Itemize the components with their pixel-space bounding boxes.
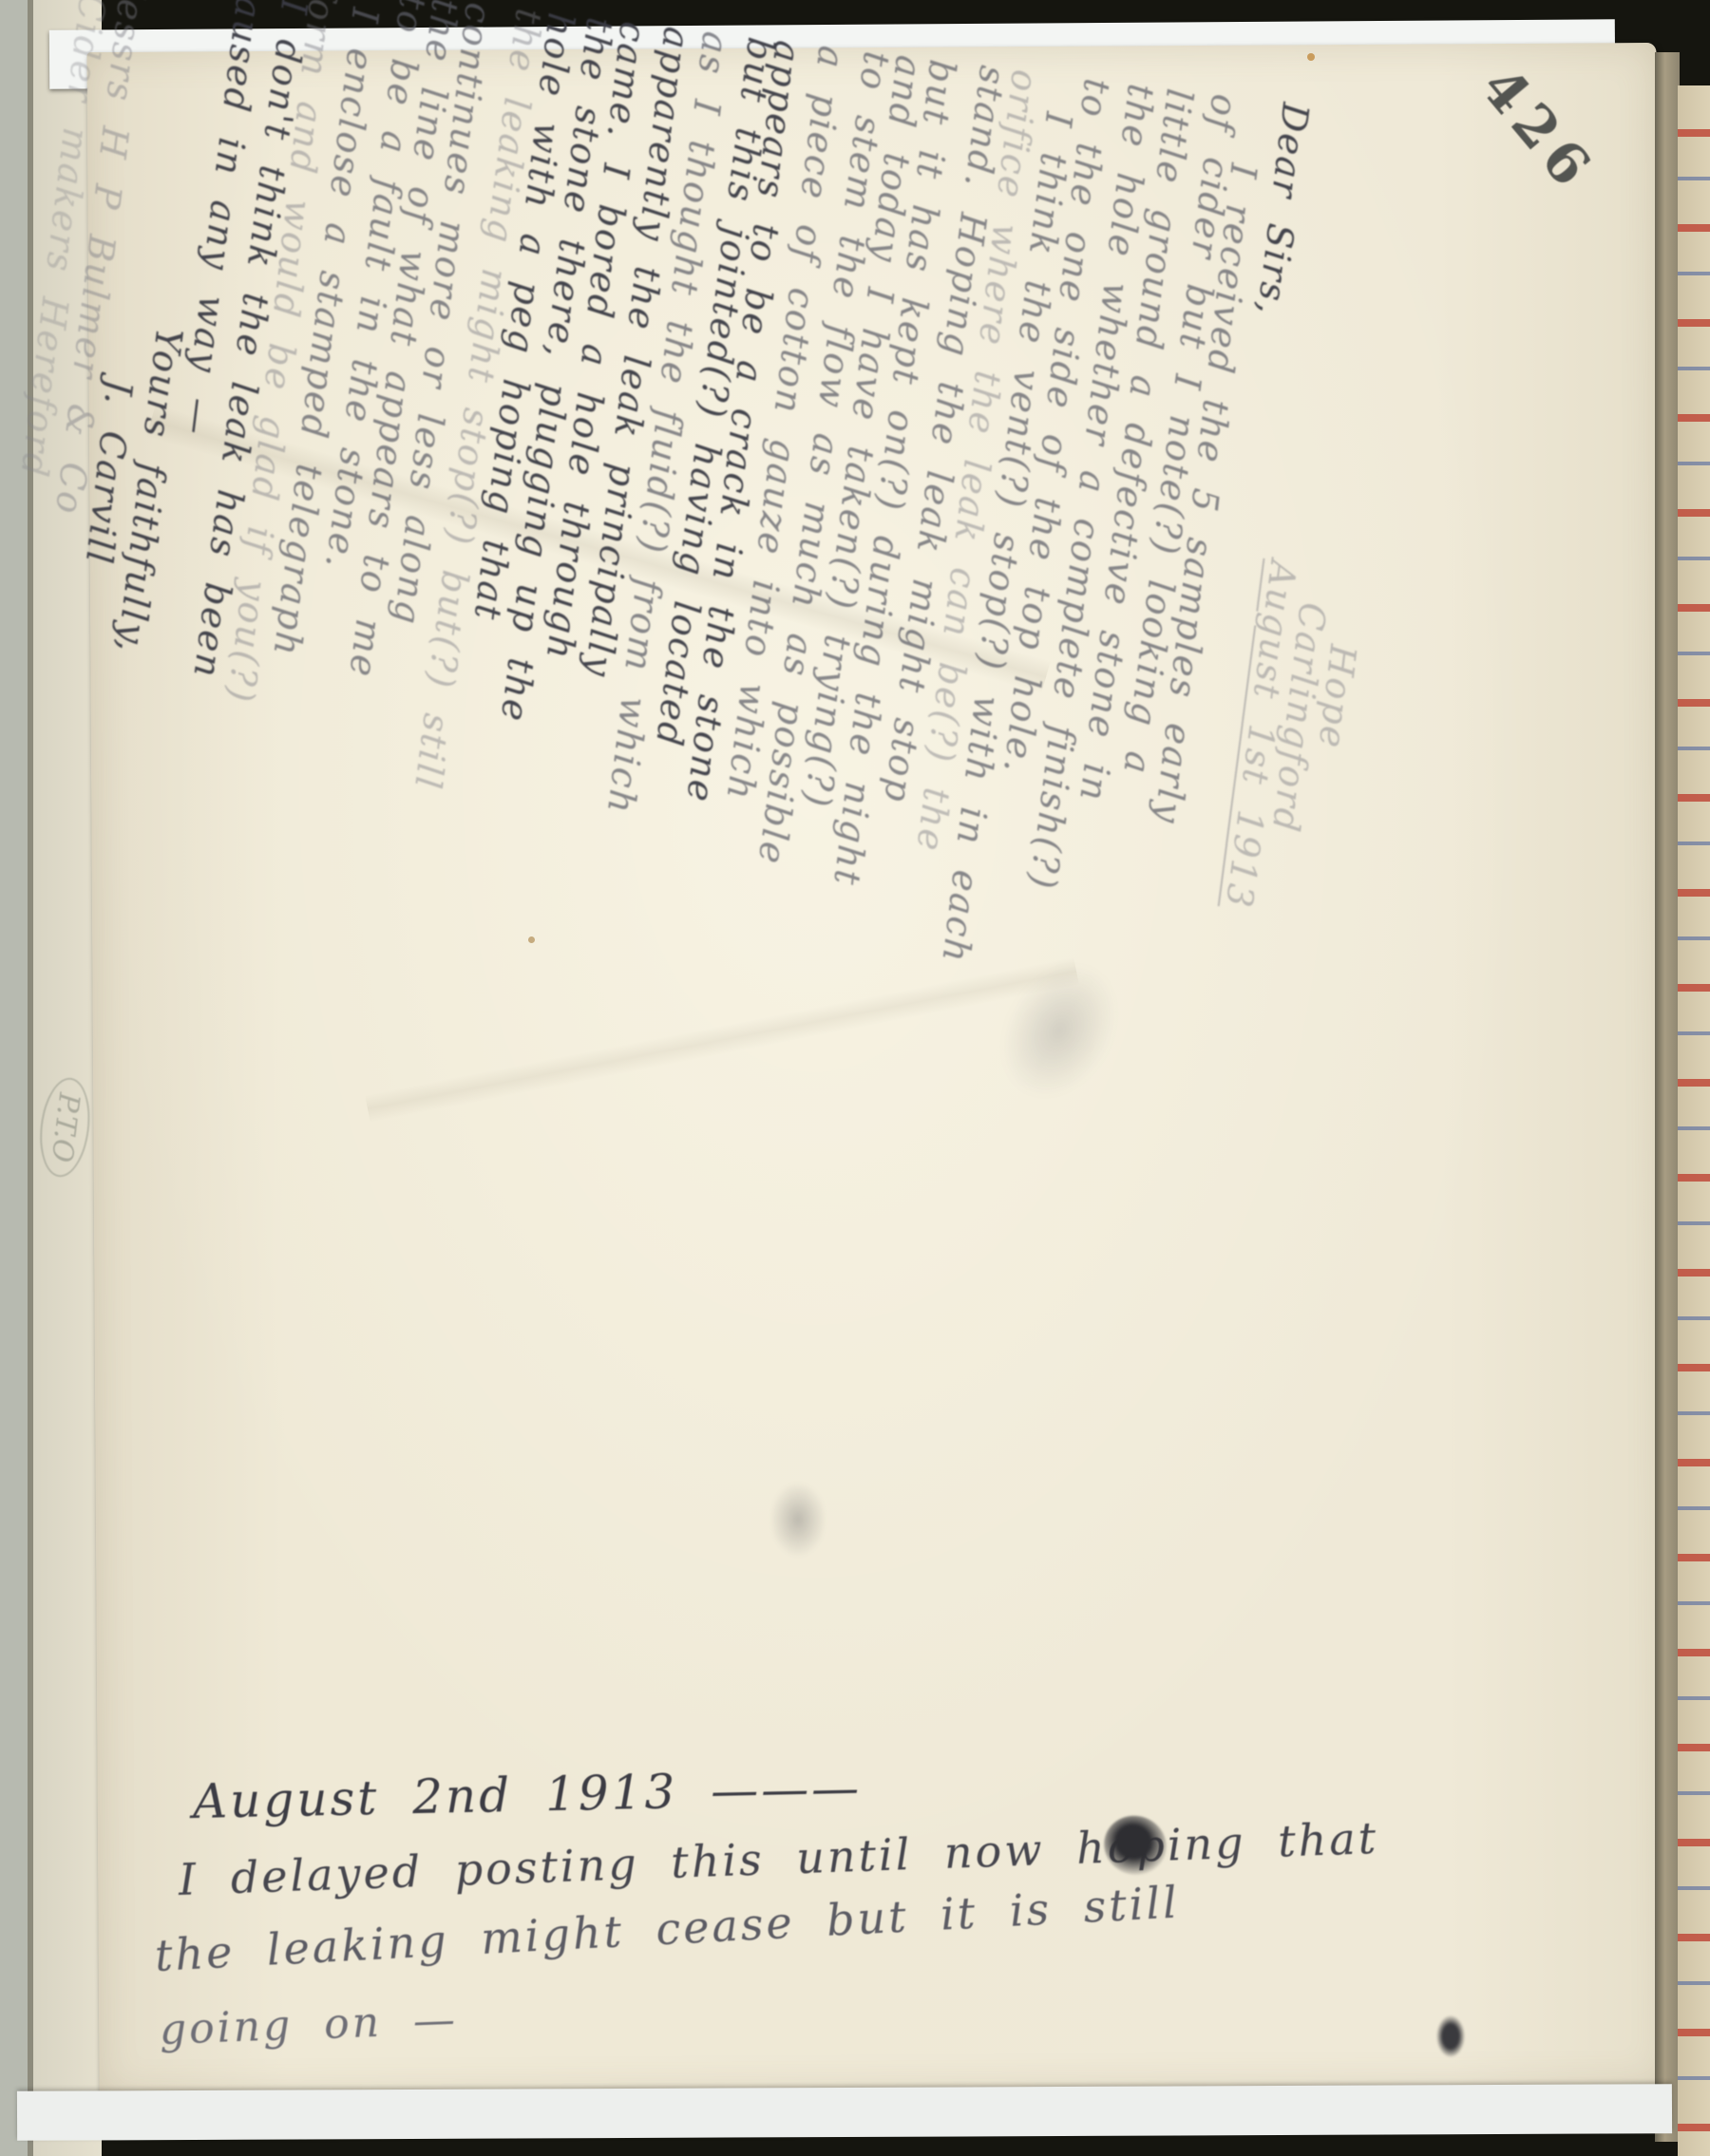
- press-copy-letter: HopeCarlingfordAugust 1st 1913Dear Sirs,…: [0, 0, 1431, 1798]
- paper-speck: [528, 936, 535, 943]
- bottom-next-page-edge: [17, 2084, 1672, 2141]
- annotation-line: going on —: [159, 1960, 1480, 2054]
- follow-up-annotation: August 2nd 1913 ———I delayed posting thi…: [150, 1774, 1480, 2079]
- right-page-deckle-marks: [1678, 85, 1710, 2156]
- paper-speck: [1307, 53, 1315, 61]
- right-page-stack: [1655, 52, 1680, 2142]
- letterbook-scan: 426 HopeCarlingfordAugust 1st 1913Dear S…: [0, 0, 1710, 2156]
